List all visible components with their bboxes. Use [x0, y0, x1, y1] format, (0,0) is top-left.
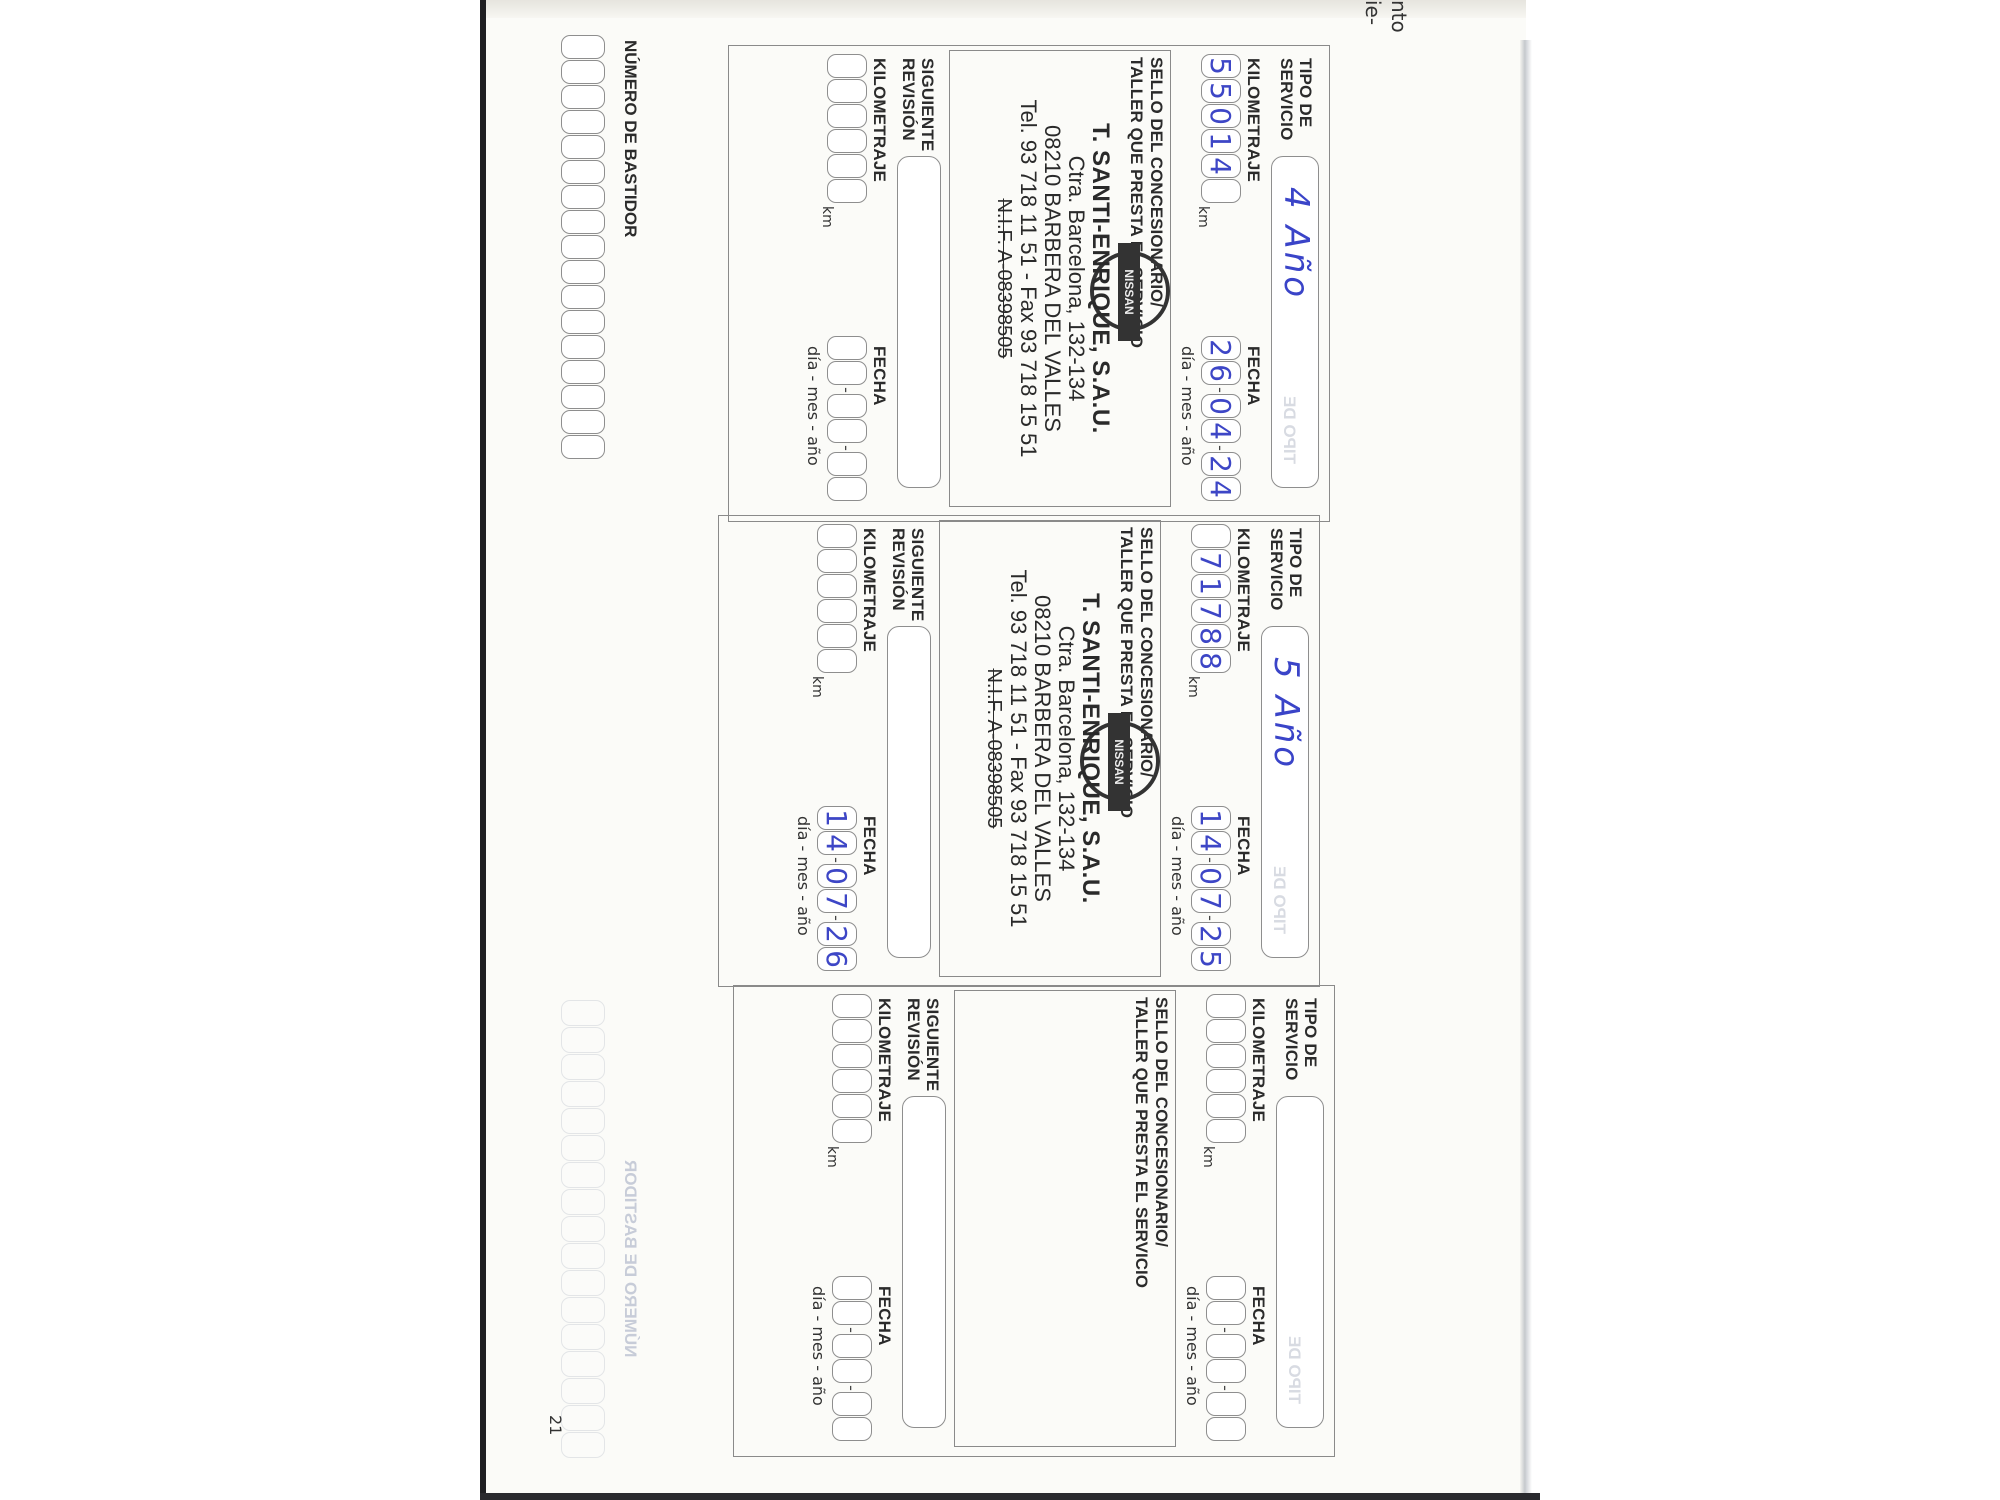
date-separator: - — [843, 1384, 862, 1392]
digit-box[interactable] — [827, 361, 867, 385]
digit-box[interactable]: 0 — [817, 864, 857, 888]
ghost-box — [561, 1081, 605, 1107]
digit-box[interactable] — [832, 994, 872, 1018]
digit-box[interactable]: 5 — [1201, 79, 1241, 103]
digit-box[interactable]: 8 — [1191, 649, 1231, 673]
date-separator: - — [1212, 386, 1231, 394]
next-date-label: FECHA — [870, 346, 889, 406]
stamp-area-label: TALLER QUE PRESTA EL SERVICIO — [1131, 997, 1151, 1288]
nissan-logo-text: NISSAN — [1108, 713, 1130, 811]
vin-label: NÚMERO DE BASTIDOR — [620, 40, 640, 237]
digit-box[interactable] — [1206, 1094, 1246, 1118]
digit-box[interactable]: 2 — [1201, 336, 1241, 360]
next-revision-label: REVISIÓN — [889, 528, 908, 611]
digit-box[interactable] — [827, 336, 867, 360]
ghost-box — [561, 1270, 605, 1296]
digit-box[interactable] — [827, 154, 867, 178]
ghost-box — [561, 1405, 605, 1431]
vin-digit-box[interactable] — [561, 185, 605, 209]
ghost-box — [561, 1432, 605, 1458]
mileage-label: KILOMETRAJE — [1234, 528, 1253, 652]
vin-digits — [561, 35, 605, 460]
stamp-company: T. SANTI-ENRIQUE, S.A.U. — [1078, 521, 1102, 976]
digit-box[interactable] — [832, 1417, 872, 1441]
km-unit: km — [819, 206, 835, 228]
digit-box[interactable] — [832, 1334, 872, 1358]
digit-box[interactable] — [827, 129, 867, 153]
next-mileage-digits — [817, 524, 857, 674]
digit-box[interactable]: 1 — [817, 806, 857, 830]
vin-digit-box[interactable] — [561, 160, 605, 184]
date-separator: - — [838, 444, 857, 452]
service-type-label: SERVICIO — [1277, 58, 1296, 141]
digit-box[interactable] — [1206, 1392, 1246, 1416]
ghost-box — [561, 1000, 605, 1026]
mileage-digits: 71788 — [1191, 524, 1231, 674]
digit-box[interactable] — [832, 1359, 872, 1383]
ghost-box — [561, 1027, 605, 1053]
digit-box[interactable] — [832, 1094, 872, 1118]
ghost-box — [561, 1108, 605, 1134]
print-through-boxes — [561, 1000, 605, 1459]
digit-box[interactable]: 2 — [817, 922, 857, 946]
digit-box[interactable]: 5 — [1201, 54, 1241, 78]
ghost-box — [561, 1351, 605, 1377]
next-revision-label: REVISIÓN — [904, 998, 923, 1081]
ghost-box — [561, 1243, 605, 1269]
date-format-hint: día - mes - año — [809, 1286, 828, 1406]
mileage-digits — [1206, 994, 1246, 1144]
digit-box[interactable]: 1 — [1191, 574, 1231, 598]
next-mileage-label: KILOMETRAJE — [870, 58, 889, 182]
digit-box[interactable] — [1206, 1359, 1246, 1383]
date-format-hint: día - mes - año — [804, 346, 823, 466]
date-separator: - — [838, 386, 857, 394]
vin-digit-box[interactable] — [561, 260, 605, 284]
next-date-digits: -- — [832, 1276, 872, 1442]
page-number: 21 — [546, 1415, 565, 1435]
stamp-phone: Tel. 93 718 11 51 - Fax 93 718 15 51 — [1006, 521, 1030, 976]
date-separator: - — [1217, 1326, 1236, 1334]
digit-box[interactable] — [827, 394, 867, 418]
ghost-box — [561, 1378, 605, 1404]
service-record-block: TIPO DESERVICIO4 AñoTIPO DEKILOMETRAJE55… — [728, 45, 1330, 522]
digit-box[interactable] — [1201, 179, 1241, 203]
vin-digit-box[interactable] — [561, 285, 605, 309]
stamp-address: Ctra. Barcelona, 132-134 — [1064, 51, 1088, 506]
ghost-box — [561, 1189, 605, 1215]
km-unit: km — [1185, 676, 1201, 698]
digit-box[interactable]: 7 — [1191, 889, 1231, 913]
next-revision-label: SIGUIENTE — [923, 998, 942, 1091]
digit-box[interactable] — [832, 1069, 872, 1093]
ghost-box — [561, 1162, 605, 1188]
date-digits: 14-07-25 — [1191, 806, 1231, 972]
digit-box[interactable]: 1 — [1191, 806, 1231, 830]
vin-digit-box[interactable] — [561, 35, 605, 59]
digit-box[interactable]: 6 — [1201, 361, 1241, 385]
service-type-value: 4 Año — [1276, 187, 1316, 300]
digit-box[interactable] — [1206, 1044, 1246, 1068]
date-digits: -- — [1206, 1276, 1246, 1442]
date-digits: 26-04-24 — [1201, 336, 1241, 502]
digit-box[interactable] — [1206, 1417, 1246, 1441]
digit-box[interactable] — [817, 549, 857, 573]
digit-box[interactable] — [832, 1119, 872, 1143]
digit-box[interactable]: 0 — [1201, 394, 1241, 418]
date-format-hint: día - mes - año — [1168, 816, 1187, 936]
date-format-hint: día - mes - año — [1183, 1286, 1202, 1406]
next-mileage-digits — [827, 54, 867, 204]
date-format-hint: día - mes - año — [1178, 346, 1197, 466]
digit-box[interactable] — [827, 79, 867, 103]
vin-digit-box[interactable] — [561, 60, 605, 84]
km-unit: km — [1195, 206, 1211, 228]
km-unit: km — [809, 676, 825, 698]
stamp-nif: N.I.F. A-08398505 — [982, 521, 1006, 976]
mileage-label: KILOMETRAJE — [1244, 58, 1263, 182]
vin-digit-box[interactable] — [561, 135, 605, 159]
next-mileage-label: KILOMETRAJE — [860, 528, 879, 652]
digit-box[interactable] — [817, 624, 857, 648]
digit-box[interactable] — [817, 524, 857, 548]
digit-box[interactable] — [1206, 1019, 1246, 1043]
digit-box[interactable] — [817, 574, 857, 598]
dealer-stamp: T. SANTI-ENRIQUE, S.A.U.Ctra. Barcelona,… — [992, 51, 1112, 506]
digit-box[interactable]: 4 — [1201, 477, 1241, 501]
digit-box[interactable]: 7 — [1191, 549, 1231, 573]
mileage-digits: 55014 — [1201, 54, 1241, 204]
service-type-label: SERVICIO — [1282, 998, 1301, 1081]
digit-box[interactable] — [1206, 1334, 1246, 1358]
ghost-box — [561, 1297, 605, 1323]
next-date-digits: -- — [827, 336, 867, 502]
digit-box[interactable]: 0 — [1201, 104, 1241, 128]
service-type-label: TIPO DE — [1296, 58, 1315, 127]
next-date-label: FECHA — [875, 1286, 894, 1346]
km-unit: km — [1200, 1146, 1216, 1168]
digit-box[interactable] — [832, 1301, 872, 1325]
vin-digit-box[interactable] — [561, 85, 605, 109]
print-through-text: NÚMERO DE BASTIDOR — [620, 1160, 640, 1357]
digit-box[interactable] — [832, 1392, 872, 1416]
service-type-value: 5 Año — [1266, 657, 1306, 770]
digit-box[interactable] — [827, 452, 867, 476]
next-mileage-label: KILOMETRAJE — [875, 998, 894, 1122]
stamp-nif: N.I.F. A-08398505 — [992, 51, 1016, 506]
dealer-stamp-area: SELLO DEL CONCESIONARIO/TALLER QUE PREST… — [939, 520, 1161, 977]
ghost-box — [561, 1216, 605, 1242]
digit-box[interactable]: 4 — [1201, 154, 1241, 178]
date-separator: - — [828, 856, 847, 864]
digit-box[interactable] — [827, 179, 867, 203]
digit-box[interactable] — [817, 599, 857, 623]
vin-digit-box[interactable] — [561, 335, 605, 359]
next-date-label: FECHA — [860, 816, 879, 876]
stamp-address: Ctra. Barcelona, 132-134 — [1054, 521, 1078, 976]
digit-box[interactable]: 7 — [817, 889, 857, 913]
digit-box[interactable] — [1206, 1069, 1246, 1093]
digit-box[interactable] — [1191, 524, 1231, 548]
date-separator: - — [1202, 914, 1221, 922]
next-revision-label: REVISIÓN — [899, 58, 918, 141]
next-revision-label: SIGUIENTE — [918, 58, 937, 151]
digit-box[interactable]: 2 — [1201, 452, 1241, 476]
digit-box[interactable]: 7 — [1191, 599, 1231, 623]
service-record-block: TIPO DESERVICIOTIPO DEKILOMETRAJEkmFECHA… — [733, 985, 1335, 1457]
digit-box[interactable]: 2 — [1191, 922, 1231, 946]
scan-background — [0, 0, 483, 1500]
print-through-text: TIPO DE — [1279, 396, 1299, 464]
vin-digit-box[interactable] — [561, 110, 605, 134]
digit-box[interactable]: 1 — [1201, 129, 1241, 153]
digit-box[interactable]: 4 — [1201, 419, 1241, 443]
stamp-area-label: SELLO DEL CONCESIONARIO/ — [1151, 997, 1171, 1247]
digit-box[interactable] — [832, 1019, 872, 1043]
nissan-logo-text: NISSAN — [1118, 243, 1140, 341]
dealer-stamp-area: SELLO DEL CONCESIONARIO/TALLER QUE PREST… — [949, 50, 1171, 507]
digit-box[interactable]: 4 — [1191, 831, 1231, 855]
ghost-box — [561, 1054, 605, 1080]
next-revision-field[interactable] — [897, 156, 941, 488]
next-revision-label: SIGUIENTE — [908, 528, 927, 621]
date-format-hint: día - mes - año — [794, 816, 813, 936]
service-record-block: TIPO DESERVICIO5 AñoTIPO DEKILOMETRAJE71… — [718, 515, 1320, 987]
digit-box[interactable]: 6 — [817, 947, 857, 971]
digit-box[interactable] — [827, 54, 867, 78]
service-record-page: TIPO DESERVICIO4 AñoTIPO DEKILOMETRAJE55… — [480, 0, 1520, 1500]
stamp-company: T. SANTI-ENRIQUE, S.A.U. — [1088, 51, 1112, 506]
next-revision-field[interactable] — [887, 626, 931, 958]
service-type-label: TIPO DE — [1286, 528, 1305, 597]
date-separator: - — [828, 914, 847, 922]
date-separator: - — [1217, 1384, 1236, 1392]
dealer-stamp-area: SELLO DEL CONCESIONARIO/TALLER QUE PREST… — [954, 990, 1176, 1447]
date-label: FECHA — [1234, 816, 1253, 876]
vin-digit-box[interactable] — [561, 435, 605, 459]
service-type-label: SERVICIO — [1267, 528, 1286, 611]
digit-box[interactable] — [832, 1044, 872, 1068]
vin-digit-box[interactable] — [561, 310, 605, 334]
date-separator: - — [843, 1326, 862, 1334]
digit-box[interactable]: 4 — [817, 831, 857, 855]
digit-box[interactable] — [832, 1276, 872, 1300]
ghost-box — [561, 1324, 605, 1350]
vin-digit-box[interactable] — [561, 385, 605, 409]
digit-box[interactable] — [1206, 1119, 1246, 1143]
vin-digit-box[interactable] — [561, 360, 605, 384]
date-separator: - — [1202, 856, 1221, 864]
stamp-phone: Tel. 93 718 11 51 - Fax 93 718 15 51 — [1016, 51, 1040, 506]
dealer-stamp: T. SANTI-ENRIQUE, S.A.U.Ctra. Barcelona,… — [982, 521, 1102, 976]
date-label: FECHA — [1244, 346, 1263, 406]
next-date-digits: 14-07-26 — [817, 806, 857, 972]
next-mileage-digits — [832, 994, 872, 1144]
digit-box[interactable] — [827, 477, 867, 501]
vin-digit-box[interactable] — [561, 410, 605, 434]
vin-digit-box[interactable] — [561, 210, 605, 234]
print-through-text: TIPO DE — [1284, 1336, 1304, 1404]
ghost-box — [561, 1135, 605, 1161]
digit-box[interactable]: 5 — [1191, 947, 1231, 971]
stamp-city: 08210 BARBERA DEL VALLES — [1030, 521, 1054, 976]
digit-box[interactable] — [1206, 1276, 1246, 1300]
digit-box[interactable] — [817, 649, 857, 673]
next-revision-field[interactable] — [902, 1096, 946, 1428]
date-label: FECHA — [1249, 1286, 1268, 1346]
service-type-label: TIPO DE — [1301, 998, 1320, 1067]
booklet-spine — [1520, 40, 1532, 1493]
stamp-city: 08210 BARBERA DEL VALLES — [1040, 51, 1064, 506]
digit-box[interactable] — [1206, 1301, 1246, 1325]
digit-box[interactable]: 8 — [1191, 624, 1231, 648]
mileage-label: KILOMETRAJE — [1249, 998, 1268, 1122]
vin-digit-box[interactable] — [561, 235, 605, 259]
date-separator: - — [1212, 444, 1231, 452]
digit-box[interactable] — [1206, 994, 1246, 1018]
print-through-text: TIPO DE — [1269, 866, 1289, 934]
digit-box[interactable] — [827, 419, 867, 443]
digit-box[interactable] — [827, 104, 867, 128]
km-unit: km — [824, 1146, 840, 1168]
digit-box[interactable]: 0 — [1191, 864, 1231, 888]
